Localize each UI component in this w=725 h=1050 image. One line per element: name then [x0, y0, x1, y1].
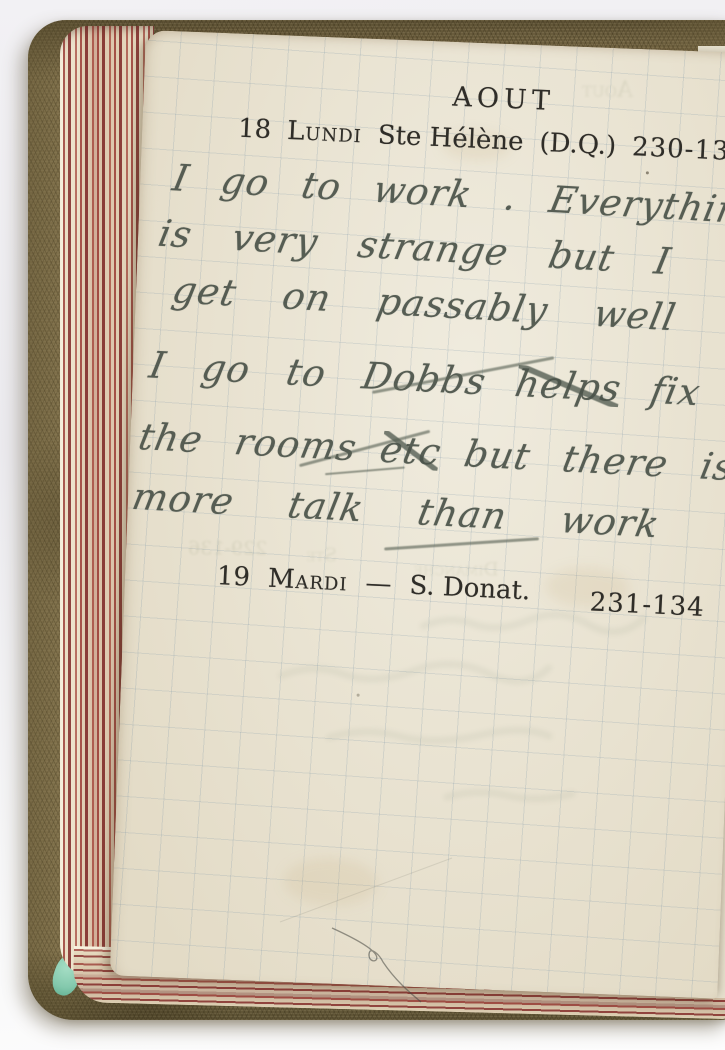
date-number: 19	[216, 561, 251, 593]
day-of-year-count: 231-134	[589, 587, 705, 623]
moon-phase: (D.Q.)	[539, 128, 617, 162]
saint-name: S. Donat.	[409, 571, 531, 607]
diary-page: Aout 229-136 Dimanche Ste AOUT 18 Lundi …	[110, 30, 725, 999]
bleed-through-text: 229-136	[188, 537, 267, 559]
date-number: 18	[237, 114, 271, 146]
dash-separator: —	[365, 568, 392, 599]
day-name: Mardi	[267, 564, 348, 598]
handwriting-text: fix	[647, 372, 703, 411]
day-name: Lundi	[286, 116, 362, 149]
day-of-year-count: 230-135	[631, 132, 725, 167]
crossed-out-word: helps	[512, 365, 624, 407]
bleed-through-text: Ste	[306, 544, 337, 566]
